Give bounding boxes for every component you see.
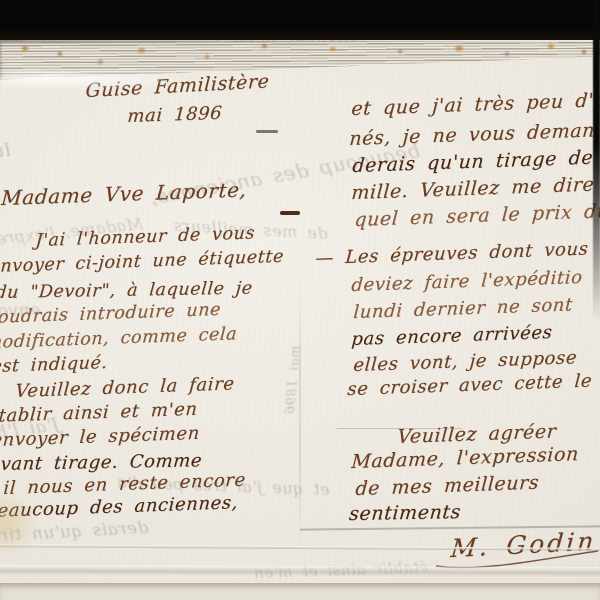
lifted-page-highlight bbox=[0, 72, 220, 86]
foxing-spot bbox=[138, 48, 145, 53]
page-overlap-edge bbox=[299, 285, 301, 545]
foxing-spot bbox=[262, 44, 267, 48]
margin-dash bbox=[280, 211, 300, 215]
underlying-page-edge bbox=[0, 583, 600, 600]
foxing-spot bbox=[582, 50, 586, 54]
bottom-fold bbox=[0, 565, 600, 577]
foxing-spot bbox=[548, 44, 554, 49]
foxing-spot bbox=[22, 46, 28, 51]
heading-date: mai 1896 bbox=[127, 105, 223, 126]
foxing-spot bbox=[330, 47, 336, 51]
letter-line: avant tirage. Comme bbox=[0, 452, 203, 474]
scan-background-right bbox=[593, 0, 600, 320]
foxing-spot bbox=[98, 60, 103, 64]
foxing-spot bbox=[58, 52, 62, 56]
scan-background-top bbox=[0, 0, 600, 40]
foxing-spot bbox=[205, 55, 209, 59]
foxing-spot bbox=[505, 52, 509, 56]
margin-dash bbox=[256, 130, 278, 133]
foxing-spot bbox=[455, 46, 463, 51]
ghost-rule-line bbox=[337, 428, 462, 429]
letter-line: est indiqué. bbox=[0, 355, 108, 377]
letter-scan: Veuillez donc la faire envoyer ci-joint … bbox=[0, 0, 600, 600]
closing-line: sentiments bbox=[348, 503, 461, 524]
foxing-spot bbox=[398, 50, 402, 53]
